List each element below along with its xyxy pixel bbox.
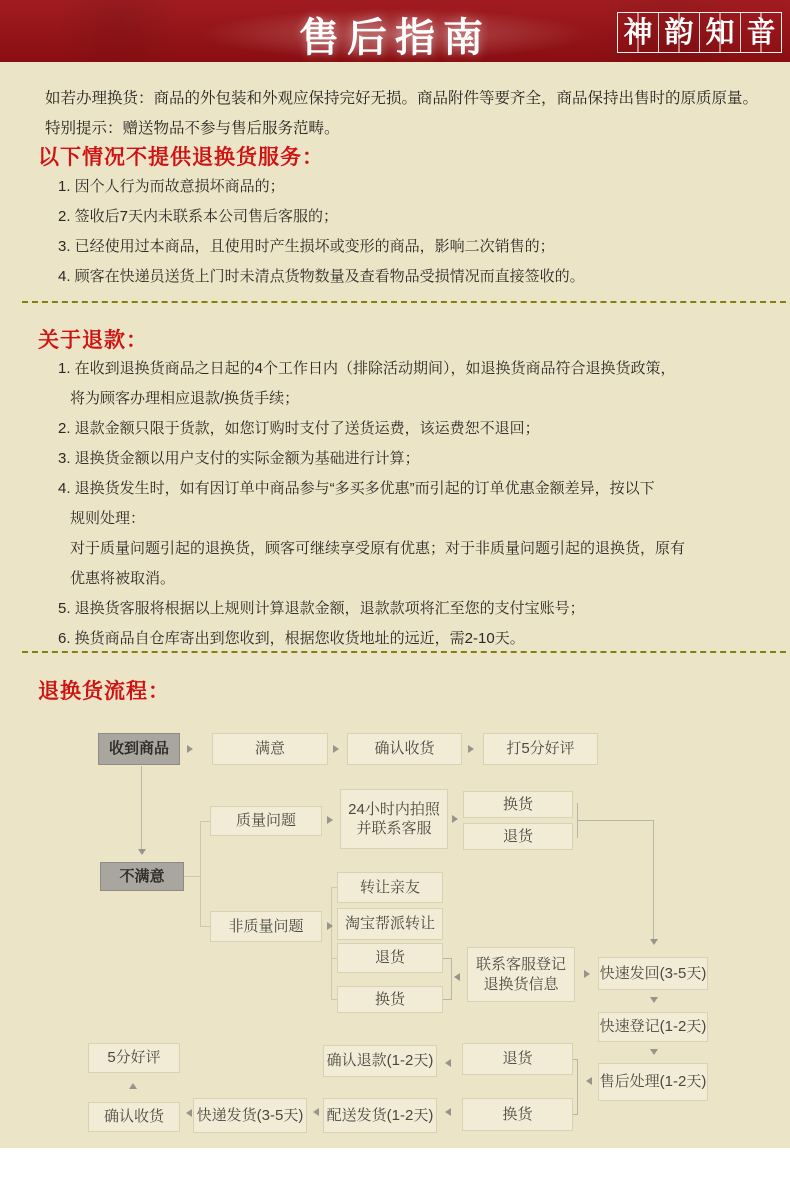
flow-connector-line	[200, 821, 210, 822]
brand-char: 神	[623, 13, 652, 52]
divider	[22, 301, 786, 303]
flow-node-nq-exchange: 换货	[337, 986, 443, 1013]
flow-arrow-r	[584, 970, 590, 978]
flow-connector-line	[200, 821, 201, 927]
flow-node-confirm-refund: 确认退款(1-2天)	[323, 1045, 437, 1077]
flow-connector-line	[200, 926, 210, 927]
flow-node-five-star-rate: 打5分好评	[483, 733, 598, 765]
list-item: 2. 签收后7天内未联系本公司售后客服的；	[58, 202, 773, 232]
flow-arrow-d	[138, 849, 146, 855]
brand-char-cell: 知	[699, 13, 740, 52]
flow-arrow-d	[650, 1049, 658, 1055]
flow-node-confirm-receipt-2: 确认收货	[88, 1102, 180, 1132]
flow-arrow-l	[445, 1059, 451, 1067]
flow-node-photo-24h: 24小时内拍照 并联系客服	[340, 789, 448, 849]
list-item: 3. 已经使用过本商品，且使用时产生损坏或变形的商品，影响二次销售的；	[58, 232, 773, 262]
section-heading-no-service: 以下情况不提供退换货服务：	[38, 141, 324, 171]
after-sales-guide-page: 售后指南 神韵知音 如若办理换货：商品的外包装和外观应保持完好无损。商品附件等要…	[0, 0, 790, 1200]
section-heading-refund: 关于退款：	[38, 324, 148, 354]
flow-arrow-l	[454, 973, 460, 981]
brand-logo: 神韵知音	[617, 12, 782, 53]
flow-connector-line	[331, 887, 332, 1000]
intro-line-2: 特别提示：赠送物品不参与售后服务范畴。	[45, 118, 767, 140]
flow-node-five-star: 5分好评	[88, 1043, 180, 1073]
flow-connector-line	[577, 1059, 578, 1115]
divider	[22, 651, 786, 653]
intro-line-1: 如若办理换货：商品的外包装和外观应保持完好无损。商品附件等要齐全，商品保持出售时…	[45, 88, 767, 110]
flow-arrow-r	[333, 745, 339, 753]
flow-connector-line	[184, 876, 200, 877]
brand-char-cell: 韵	[658, 13, 699, 52]
brand-char: 知	[705, 13, 734, 52]
list-item: 3. 退换货金额以用户支付的实际金额为基础进行计算；	[58, 444, 773, 474]
flow-node-satisfied: 满意	[212, 733, 328, 765]
brand-char: 韵	[664, 13, 693, 52]
flow-arrow-l	[186, 1109, 192, 1117]
flow-node-q-exchange: 换货	[463, 791, 573, 818]
bottom-white-strip	[0, 1148, 790, 1200]
flow-arrow-l	[586, 1077, 592, 1085]
list-item: 4. 顾客在快递员送货上门时未清点货物数量及查看物品受损情况而直接签收的。	[58, 262, 773, 292]
flow-arrow-d	[650, 997, 658, 1003]
list-item: 6. 换货商品自仓库寄出到您收到，根据您收货地址的远近，需2-10天。	[58, 624, 773, 654]
flow-connector-line	[451, 958, 452, 1000]
flow-arrow-r	[452, 815, 458, 823]
flow-arrow-r	[327, 816, 333, 824]
flow-connector-line	[443, 999, 452, 1000]
flow-node-contact-cs: 联系客服登记 退换货信息	[467, 947, 575, 1002]
section-heading-flow: 退换货流程：	[38, 675, 170, 705]
flow-arrow-r	[327, 922, 333, 930]
flow-arrow-d	[650, 939, 658, 945]
list-item: 5. 退换货客服将根据以上规则计算退款金额，退款款项将汇至您的支付宝账号；	[58, 594, 773, 624]
brand-char-cell: 神	[618, 13, 658, 52]
flow-node-taobao-transfer: 淘宝帮派转让	[337, 908, 443, 940]
list-item: 1. 在收到退换货商品之日起的4个工作日内（排除活动期间），如退换货商品符合退换…	[58, 354, 773, 384]
list-item: 2. 退款金额只限于货款，如您订购时支付了送货运费，该运费恕不退回；	[58, 414, 773, 444]
list-item: 将为顾客办理相应退款/换货手续；	[58, 384, 773, 414]
flow-arrow-l	[445, 1108, 451, 1116]
list-item: 1. 因个人行为而故意损坏商品的；	[58, 172, 773, 202]
refund-list: 1. 在收到退换货商品之日起的4个工作日内（排除活动期间），如退换货商品符合退换…	[58, 354, 773, 654]
flow-arrow-r	[468, 745, 474, 753]
list-item: 规则处理：	[58, 504, 773, 534]
flow-node-b-return: 退货	[462, 1043, 573, 1075]
list-item: 对于质量问题引起的退换货，顾客可继续享受原有优惠；对于非质量问题引起的退换货，原…	[58, 534, 773, 564]
list-item: 4. 退换货发生时，如有因订单中商品参与“多买多优惠”而引起的订单优惠金额差异，…	[58, 474, 773, 504]
flow-node-transfer-friend: 转让亲友	[337, 872, 443, 903]
list-item: 优惠将被取消。	[58, 564, 773, 594]
no-service-list: 1. 因个人行为而故意损坏商品的；2. 签收后7天内未联系本公司售后客服的；3.…	[58, 172, 773, 292]
flow-node-quality-issue: 质量问题	[210, 806, 322, 836]
brand-char: 音	[746, 13, 775, 52]
flow-connector-line	[141, 766, 142, 850]
brand-char-cell: 音	[740, 13, 781, 52]
flow-node-non-quality: 非质量问题	[210, 911, 322, 942]
flow-arrow-l	[313, 1108, 319, 1116]
flow-node-aftersales: 售后处理(1-2天)	[598, 1063, 708, 1101]
flow-node-b-exchange: 换货	[462, 1098, 573, 1131]
header-banner: 售后指南 神韵知音	[0, 0, 790, 62]
flow-node-nq-return: 退货	[337, 943, 443, 973]
flow-node-fast-register: 快速登记(1-2天)	[598, 1012, 708, 1042]
flow-connector-line	[573, 1114, 578, 1115]
flow-node-fast-sendback: 快速发回(3-5天)	[598, 957, 708, 990]
flow-node-received: 收到商品	[98, 733, 180, 765]
flow-node-confirm-receipt: 确认收货	[347, 733, 462, 765]
flow-connector-line	[577, 820, 654, 821]
flow-node-unsatisfied: 不满意	[100, 862, 184, 891]
flow-node-q-return: 退货	[463, 823, 573, 850]
flow-arrow-u	[129, 1083, 137, 1089]
flow-connector-line	[653, 820, 654, 939]
flow-arrow-r	[187, 745, 193, 753]
flow-node-dispatch: 配送发货(1-2天)	[323, 1098, 437, 1133]
flow-node-express: 快递发货(3-5天)	[193, 1098, 307, 1133]
